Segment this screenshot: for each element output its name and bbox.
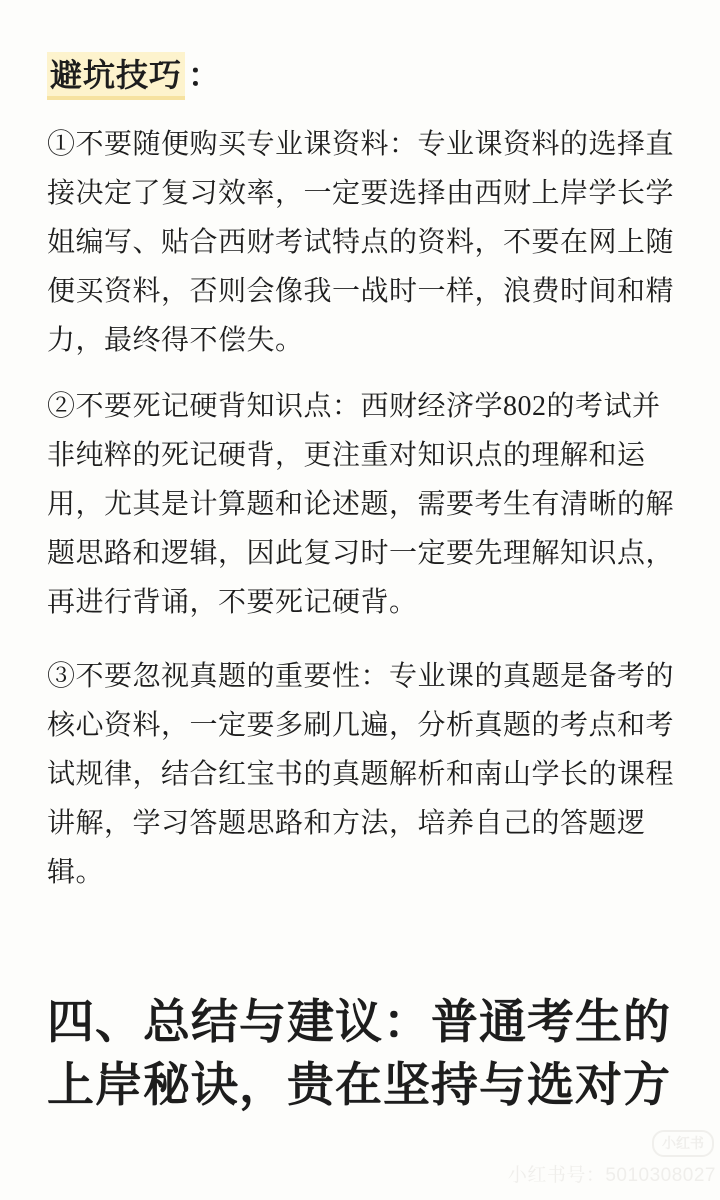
tips-heading-colon: ： [185, 57, 221, 93]
section-heading-summary: 四、总结与建议：普通考生的 上岸秘诀，贵在坚持与选对方 [47, 992, 680, 1118]
text-line: ③不要忽视真题的重要性：专业课的真题是备考的 [47, 652, 680, 701]
text-line: 讲解，学习答题思路和方法，培养自己的答题逻 [47, 799, 680, 848]
text-line: 接决定了复习效率，一定要选择由西财上岸学长学 [47, 169, 680, 218]
text-line: 核心资料，一定要多刷几遍，分析真题的考点和考 [47, 701, 680, 750]
text-line: 辑。 [47, 848, 680, 897]
xiaohongshu-account-id: 小红书号：5010308027 [508, 1160, 716, 1187]
tip-paragraph-3: ③不要忽视真题的重要性：专业课的真题是备考的 核心资料，一定要多刷几遍，分析真题… [47, 652, 680, 897]
note-content: 避坑技巧： ①不要随便购买专业课资料：专业课资料的选择直 接决定了复习效率，一定… [0, 0, 720, 1118]
watermark: 小红书 小红书号：5010308027 [508, 1130, 716, 1187]
text-line: 便买资料，否则会像我一战时一样，浪费时间和精 [47, 267, 680, 316]
text-line: 再进行背诵，不要死记硬背。 [47, 578, 680, 627]
note-page: 避坑技巧： ①不要随便购买专业课资料：专业课资料的选择直 接决定了复习效率，一定… [0, 0, 720, 1200]
text-line: 试规律，结合红宝书的真题解析和南山学长的课程 [47, 750, 680, 799]
text-line: 非纯粹的死记硬背，更注重对知识点的理解和运 [47, 431, 680, 480]
text-line: ②不要死记硬背知识点：西财经济学802的考试并 [47, 382, 680, 431]
tips-heading-highlight: 避坑技巧 [47, 52, 185, 100]
tip-paragraph-2: ②不要死记硬背知识点：西财经济学802的考试并 非纯粹的死记硬背，更注重对知识点… [47, 382, 680, 627]
section-heading-line: 四、总结与建议：普通考生的 [47, 992, 680, 1055]
tips-heading: 避坑技巧： [47, 52, 680, 98]
tip-paragraph-1: ①不要随便购买专业课资料：专业课资料的选择直 接决定了复习效率，一定要选择由西财… [47, 120, 680, 365]
text-line: ①不要随便购买专业课资料：专业课资料的选择直 [47, 120, 680, 169]
section-heading-line: 上岸秘诀，贵在坚持与选对方 [47, 1055, 680, 1118]
text-line: 题思路和逻辑，因此复习时一定要先理解知识点， [47, 529, 680, 578]
text-line: 力，最终得不偿失。 [47, 316, 680, 365]
xiaohongshu-badge-icon: 小红书 [652, 1130, 714, 1157]
text-line: 用，尤其是计算题和论述题，需要考生有清晰的解 [47, 480, 680, 529]
text-line: 姐编写、贴合西财考试特点的资料，不要在网上随 [47, 218, 680, 267]
